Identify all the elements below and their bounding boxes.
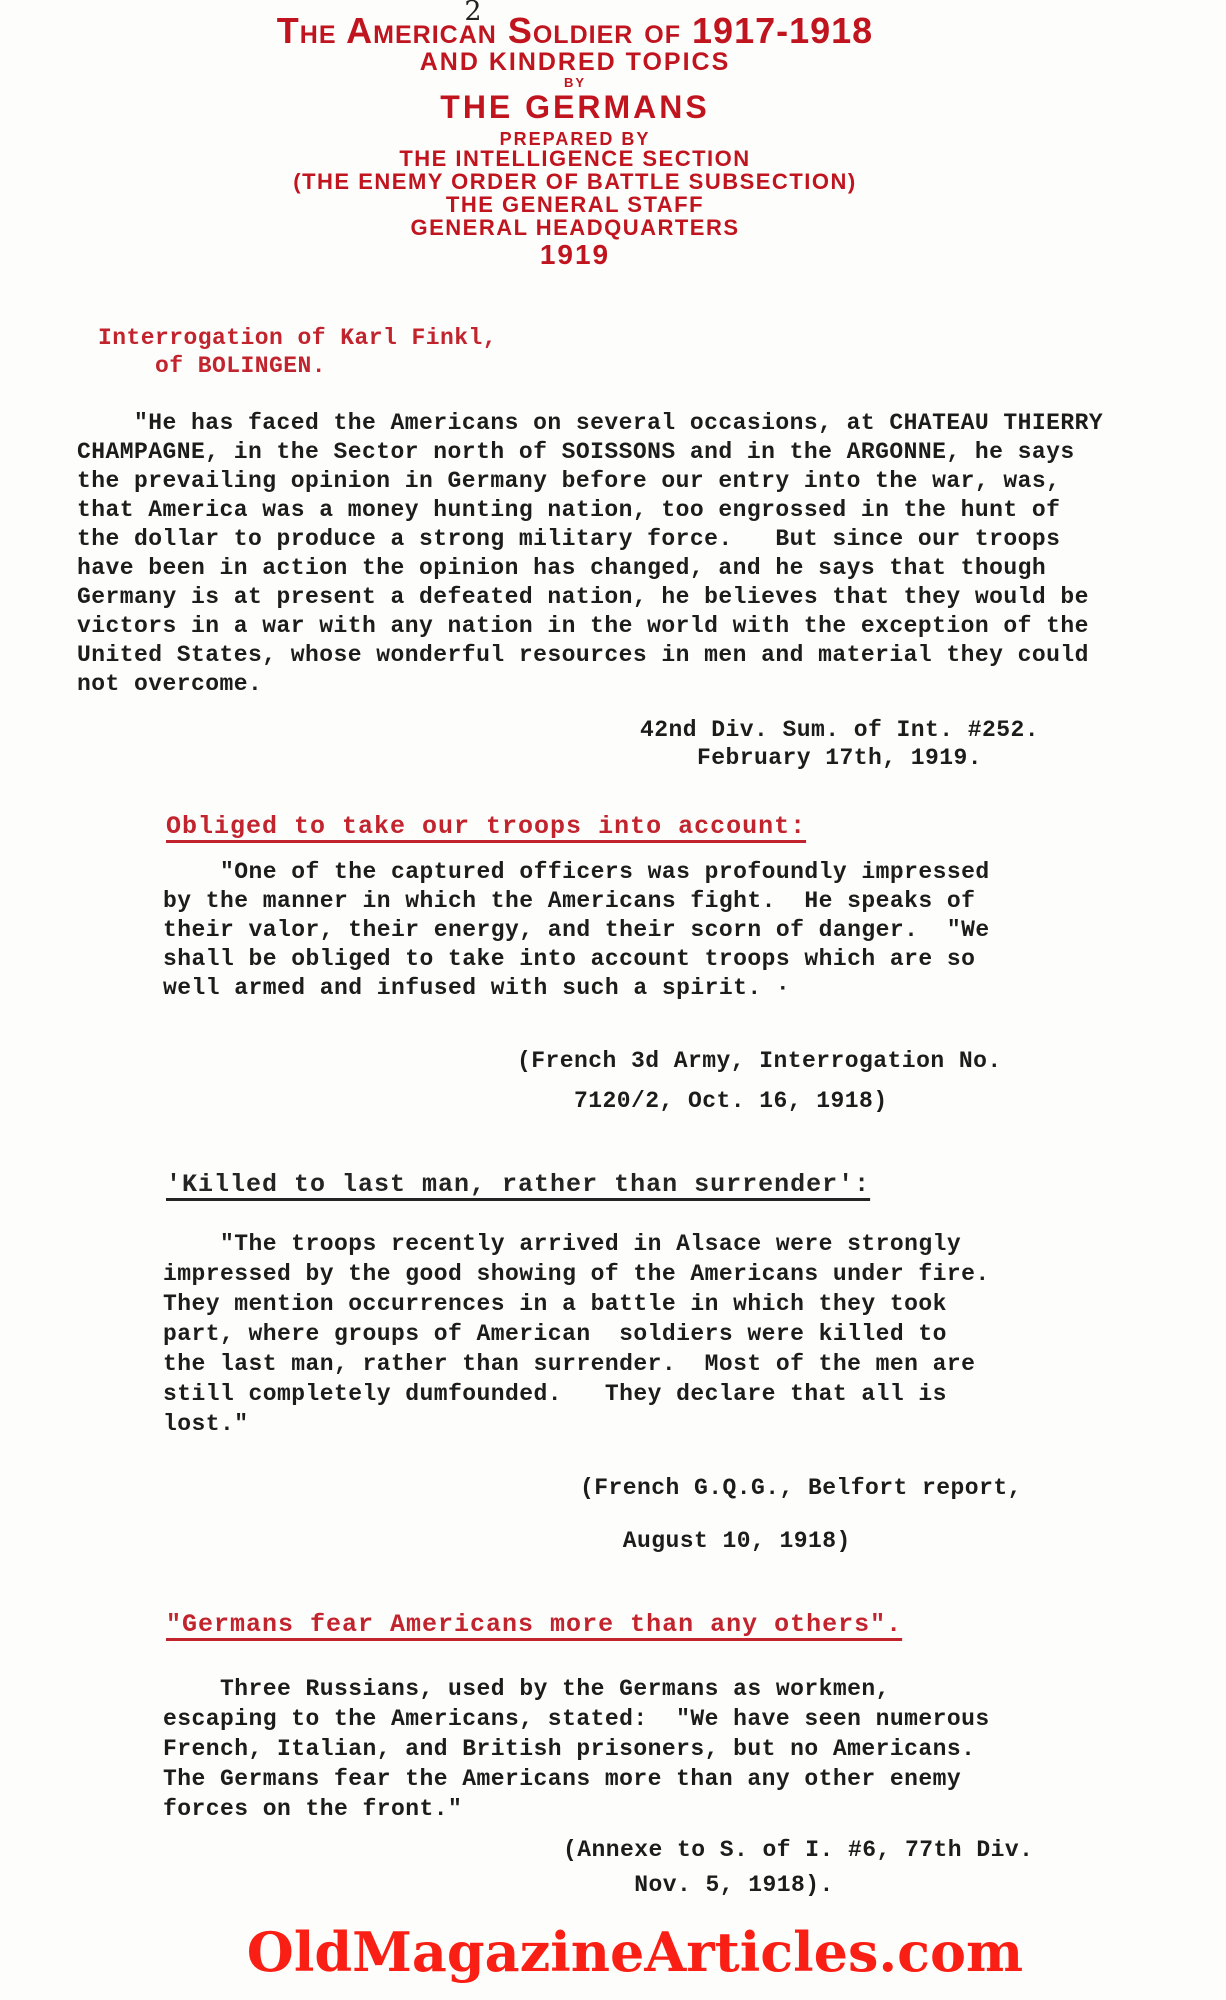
section-heading: 'Killed to last man, rather than surrend…	[166, 1170, 870, 1199]
testimony-paragraph: "He has faced the Americans on several o…	[77, 409, 1103, 699]
header-year: 1919	[0, 241, 1150, 269]
header-title: The American Soldier of 1917-1918	[0, 14, 1150, 48]
watermark-oldmagazinearticles: OldMagazineArticles.com	[44, 1920, 1226, 1984]
header-org-line: THE GENERAL STAFF	[0, 193, 1150, 216]
source-citation: (French 3d Army, Interrogation No. 7120/…	[517, 1041, 1002, 1121]
header-by-label: BY	[0, 77, 1150, 88]
source-citation: (Annexe to S. of I. #6, 77th Div. Nov. 5…	[563, 1833, 1033, 1903]
header-org-line: THE INTELLIGENCE SECTION	[0, 147, 1150, 170]
section-heading: Obliged to take our troops into account:	[166, 812, 806, 841]
header-prepared-by: PREPARED BY	[0, 131, 1150, 147]
testimony-paragraph: "One of the captured officers was profou…	[163, 858, 990, 1003]
header-org-line: GENERAL HEADQUARTERS	[0, 216, 1150, 239]
header-author: THE GERMANS	[0, 91, 1150, 123]
header-subtitle: AND KINDRED TOPICS	[0, 50, 1150, 74]
source-citation: 42nd Div. Sum. of Int. #252. February 17…	[640, 716, 1039, 772]
interrogation-heading: Interrogation of Karl Finkl, of BOLINGEN…	[98, 324, 497, 380]
source-citation: (French G.Q.G., Belfort report, August 1…	[580, 1462, 1022, 1568]
document-page: 2 The American Soldier of 1917-1918 AND …	[0, 0, 1226, 2000]
header-org-line: (THE ENEMY ORDER OF BATTLE SUBSECTION)	[0, 170, 1150, 193]
section-heading: "Germans fear Americans more than any ot…	[166, 1610, 902, 1639]
testimony-paragraph: "The troops recently arrived in Alsace w…	[163, 1229, 990, 1439]
testimony-paragraph: Three Russians, used by the Germans as w…	[163, 1674, 990, 1824]
document-masthead: The American Soldier of 1917-1918 AND KI…	[0, 14, 1150, 269]
